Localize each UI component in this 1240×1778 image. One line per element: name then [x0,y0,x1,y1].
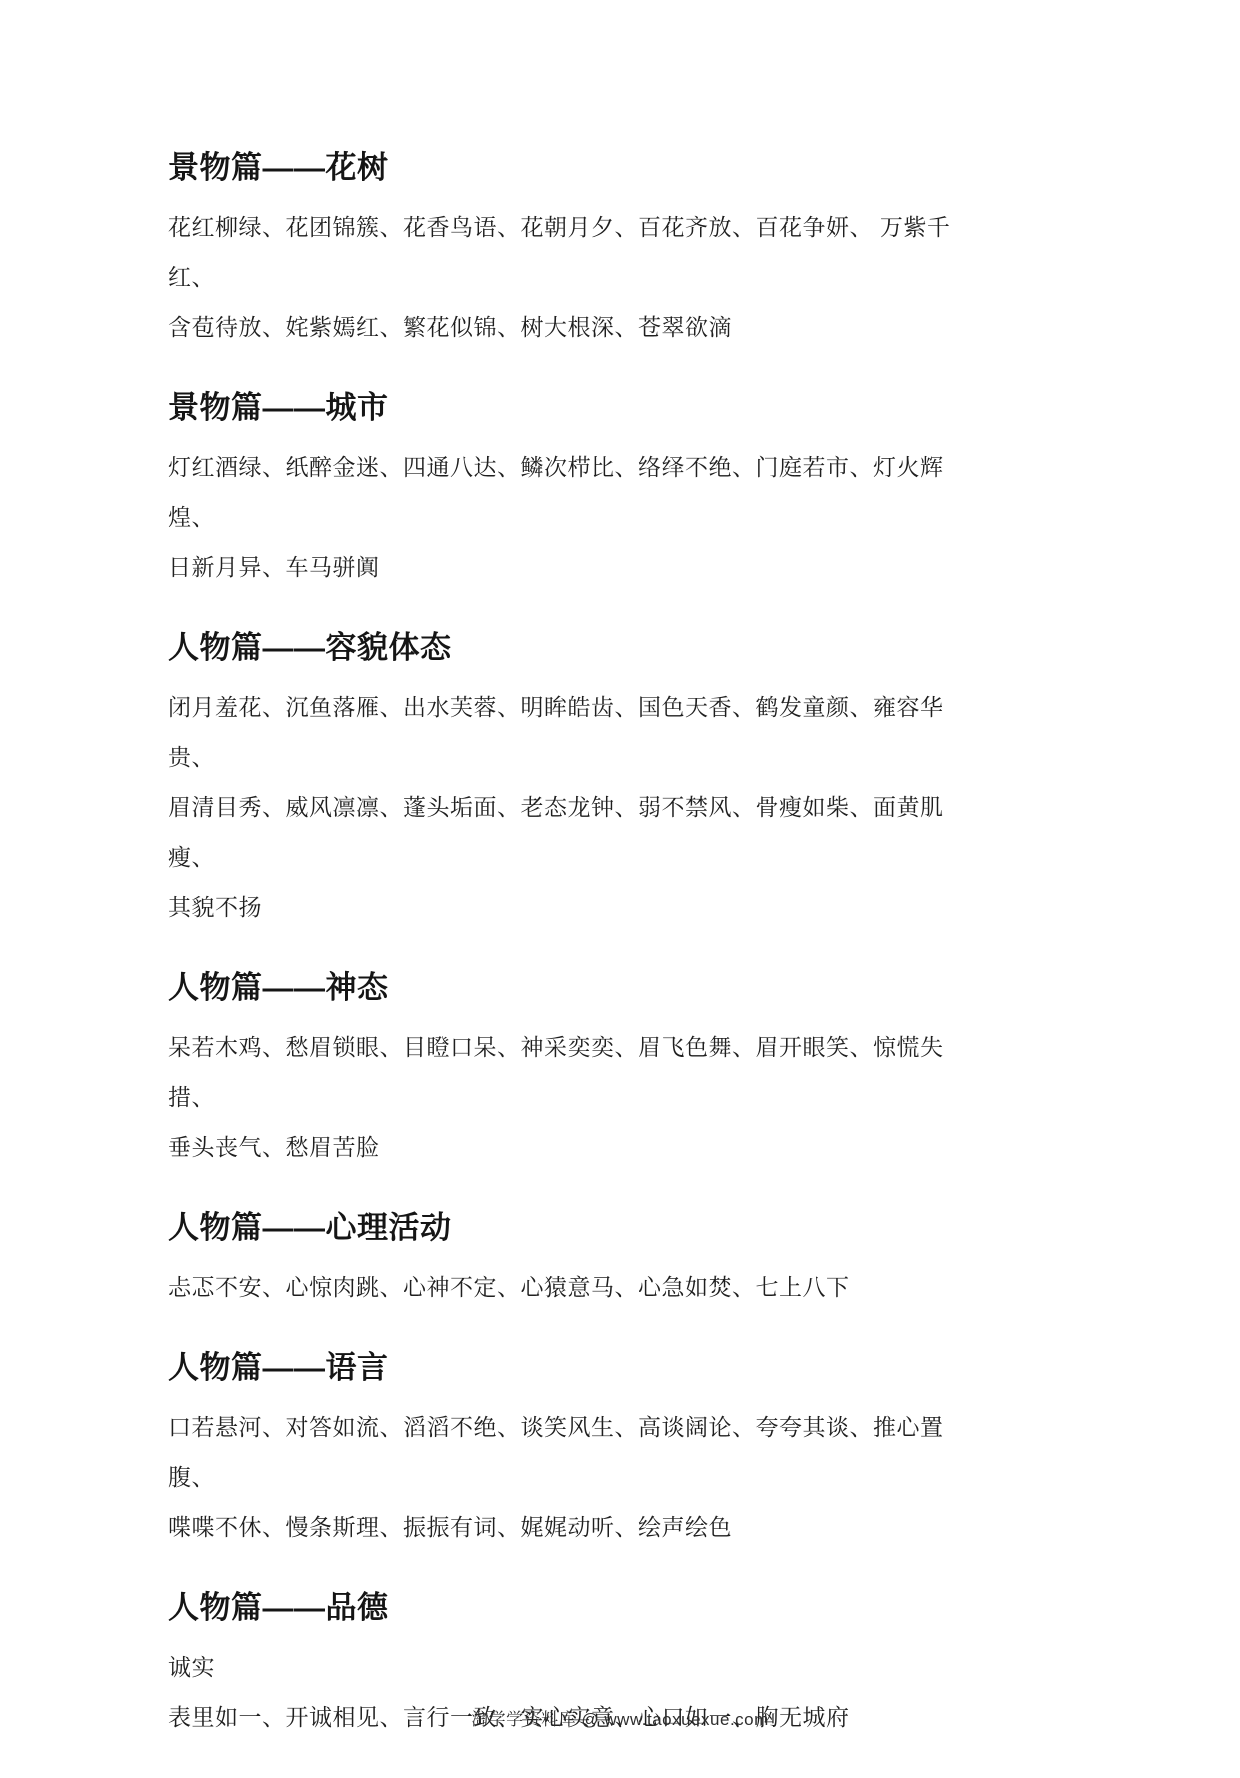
virtue-subheading: 诚实 [168,1642,968,1692]
section-heading: 人物篇——品德 [168,1588,968,1628]
section-people-appearance: 人物篇——容貌体态 闭月羞花、沉鱼落雁、出水芙蓉、明眸皓齿、国色天香、鹤发童颜、… [168,628,968,932]
section-heading: 人物篇——心理活动 [168,1208,968,1248]
footer-watermark: 淘学学资料库 @ www.taoxuexue.com [0,1705,1240,1730]
document-page: { "document": { "sections": [ { "title":… [0,0,1240,1753]
idiom-line: 呆若木鸡、愁眉锁眼、目瞪口呆、神采奕奕、眉飞色舞、眉开眼笑、惊慌失措、 [168,1022,968,1122]
section-people-psychology: 人物篇——心理活动 忐忑不安、心惊肉跳、心神不定、心猿意马、心急如焚、七上八下 [168,1208,968,1312]
section-heading: 人物篇——容貌体态 [168,628,968,668]
content-area: 景物篇——花树 花红柳绿、花团锦簇、花香鸟语、花朝月夕、百花齐放、百花争妍、 万… [168,148,968,1778]
section-heading: 景物篇——花树 [168,148,968,188]
section-scenery-city: 景物篇——城市 灯红酒绿、纸醉金迷、四通八达、鳞次栉比、络绎不绝、门庭若市、灯火… [168,388,968,592]
idiom-line: 忐忑不安、心惊肉跳、心神不定、心猿意马、心急如焚、七上八下 [168,1262,968,1312]
idiom-line: 其貌不扬 [168,882,968,932]
idiom-line: 花红柳绿、花团锦簇、花香鸟语、花朝月夕、百花齐放、百花争妍、 万紫千红、 [168,202,968,302]
section-scenery-flowers-trees: 景物篇——花树 花红柳绿、花团锦簇、花香鸟语、花朝月夕、百花齐放、百花争妍、 万… [168,148,968,352]
idiom-line: 闭月羞花、沉鱼落雁、出水芙蓉、明眸皓齿、国色天香、鹤发童颜、雍容华贵、 [168,682,968,782]
idiom-line: 日新月异、车马骈阗 [168,542,968,592]
idiom-line: 口若悬河、对答如流、滔滔不绝、谈笑风生、高谈阔论、夸夸其谈、推心置腹、 [168,1402,968,1502]
idiom-line: 灯红酒绿、纸醉金迷、四通八达、鳞次栉比、络绎不绝、门庭若市、灯火辉煌、 [168,442,968,542]
idiom-line: 喋喋不休、慢条斯理、振振有词、娓娓动听、绘声绘色 [168,1502,968,1552]
section-heading: 人物篇——神态 [168,968,968,1008]
section-people-expression: 人物篇——神态 呆若木鸡、愁眉锁眼、目瞪口呆、神采奕奕、眉飞色舞、眉开眼笑、惊慌… [168,968,968,1172]
section-heading: 人物篇——语言 [168,1348,968,1388]
section-heading: 景物篇——城市 [168,388,968,428]
idiom-line: 垂头丧气、愁眉苦脸 [168,1122,968,1172]
section-people-language: 人物篇——语言 口若悬河、对答如流、滔滔不绝、谈笑风生、高谈阔论、夸夸其谈、推心… [168,1348,968,1552]
idiom-line: 眉清目秀、威风凛凛、蓬头垢面、老态龙钟、弱不禁风、骨瘦如柴、面黄肌瘦、 [168,782,968,882]
idiom-line: 含苞待放、姹紫嫣红、繁花似锦、树大根深、苍翠欲滴 [168,302,968,352]
